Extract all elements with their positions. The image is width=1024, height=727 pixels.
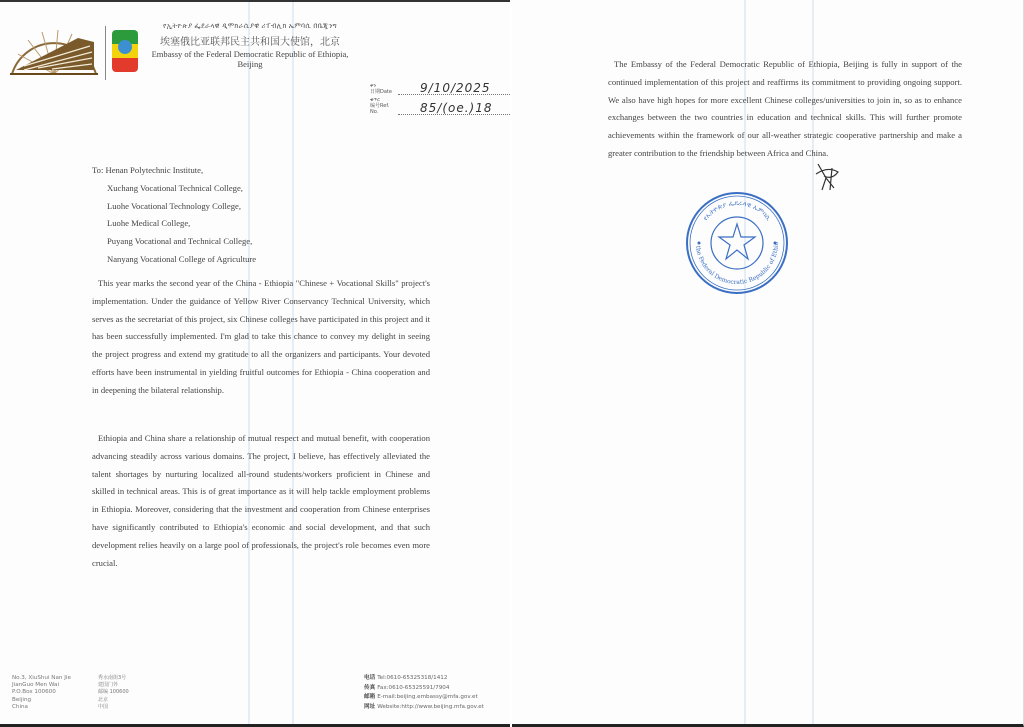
letterhead-chinese: 埃塞俄比亚联邦民主共和国大使馆，北京 (140, 33, 360, 48)
footer-website: 网址Website:http://www.beijing.mfa.gov.et (364, 703, 484, 713)
footer-tel: 电话Tel:0610-65325318/1412 (364, 674, 484, 684)
date-value: 9/10/2025 (398, 82, 510, 95)
footer-address-cn: 秀水南街3号 建国门外 邮编 100600 北京 中国 (98, 675, 129, 711)
recipient-list: To: Henan Polytechnic Institute, Xuchang… (92, 162, 256, 269)
recipient: Puyang Vocational and Technical College, (92, 233, 256, 251)
recipient: Nanyang Vocational College of Agricultur… (92, 251, 256, 269)
letter-meta: ቀን 日期Date 9/10/2025 ቁጥር 编号Ref. No. 85/(o… (370, 75, 510, 115)
letterhead-amharic: የኢትዮጵያ ፌደራላዊ ዲሞክራሲያዊ ሪፐብሊክ ኤምባሲ በቤጂንግ (140, 22, 360, 31)
recipient: Luohe Vocational Technology College, (92, 198, 256, 216)
ref-row: ቁጥር 编号Ref. No. 85/(oe.)18 (370, 95, 510, 115)
date-row: ቀን 日期Date 9/10/2025 (370, 75, 510, 95)
letterhead-title: የኢትዮጵያ ፌደራላዊ ዲሞክራሲያዊ ሪፐብሊክ ኤምባሲ በቤጂንግ 埃塞… (140, 22, 360, 69)
footer-email: 邮箱E-mail:beijing.embassy@mfa.gov.et (364, 693, 484, 703)
letterhead-divider (105, 26, 106, 80)
svg-text:የኢትዮጵያ ፌደራላዊ ኤምባሲ: የኢትዮጵያ ፌደራላዊ ኤምባሲ (701, 199, 773, 223)
date-label: ቀን 日期Date (370, 83, 398, 95)
embassy-seal-icon: የኢትዮጵያ ፌደራላዊ ኤምባሲ Embassy of the Federal… (684, 190, 790, 296)
embassy-building-logo-icon (8, 24, 100, 76)
footer-address-en: No.3, XiuShui Nan Jie JianGuo Men Wai P.… (12, 675, 71, 711)
letterhead-english: Embassy of the Federal Democratic Republ… (140, 49, 360, 59)
recipient-first: To: Henan Polytechnic Institute, (92, 162, 256, 180)
letterhead-city: Beijing (140, 59, 360, 69)
body-paragraph-1: This year marks the second year of the C… (92, 275, 430, 400)
letter-page-1: የኢትዮጵያ ፌደራላዊ ዲሞክራሲያዊ ሪፐብሊክ ኤምባሲ በቤጂንግ 埃塞… (0, 0, 510, 727)
ethiopia-flag-icon (112, 30, 138, 72)
signature-icon (812, 160, 844, 194)
footer-fax: 传真Fax:0610-65325591/7904 (364, 684, 484, 694)
body-paragraph-3: The Embassy of the Federal Democratic Re… (608, 56, 962, 163)
letter-page-2: The Embassy of the Federal Democratic Re… (512, 0, 1024, 727)
ref-number: 85/(oe.)18 (398, 102, 510, 115)
footer-contacts: 电话Tel:0610-65325318/1412 传真Fax:0610-6532… (364, 674, 484, 712)
recipient: Luohe Medical College, (92, 215, 256, 233)
body-paragraph-2: Ethiopia and China share a relationship … (92, 430, 430, 572)
recipient: Xuchang Vocational Technical College, (92, 180, 256, 198)
ref-label: ቁጥር 编号Ref. No. (370, 97, 398, 115)
